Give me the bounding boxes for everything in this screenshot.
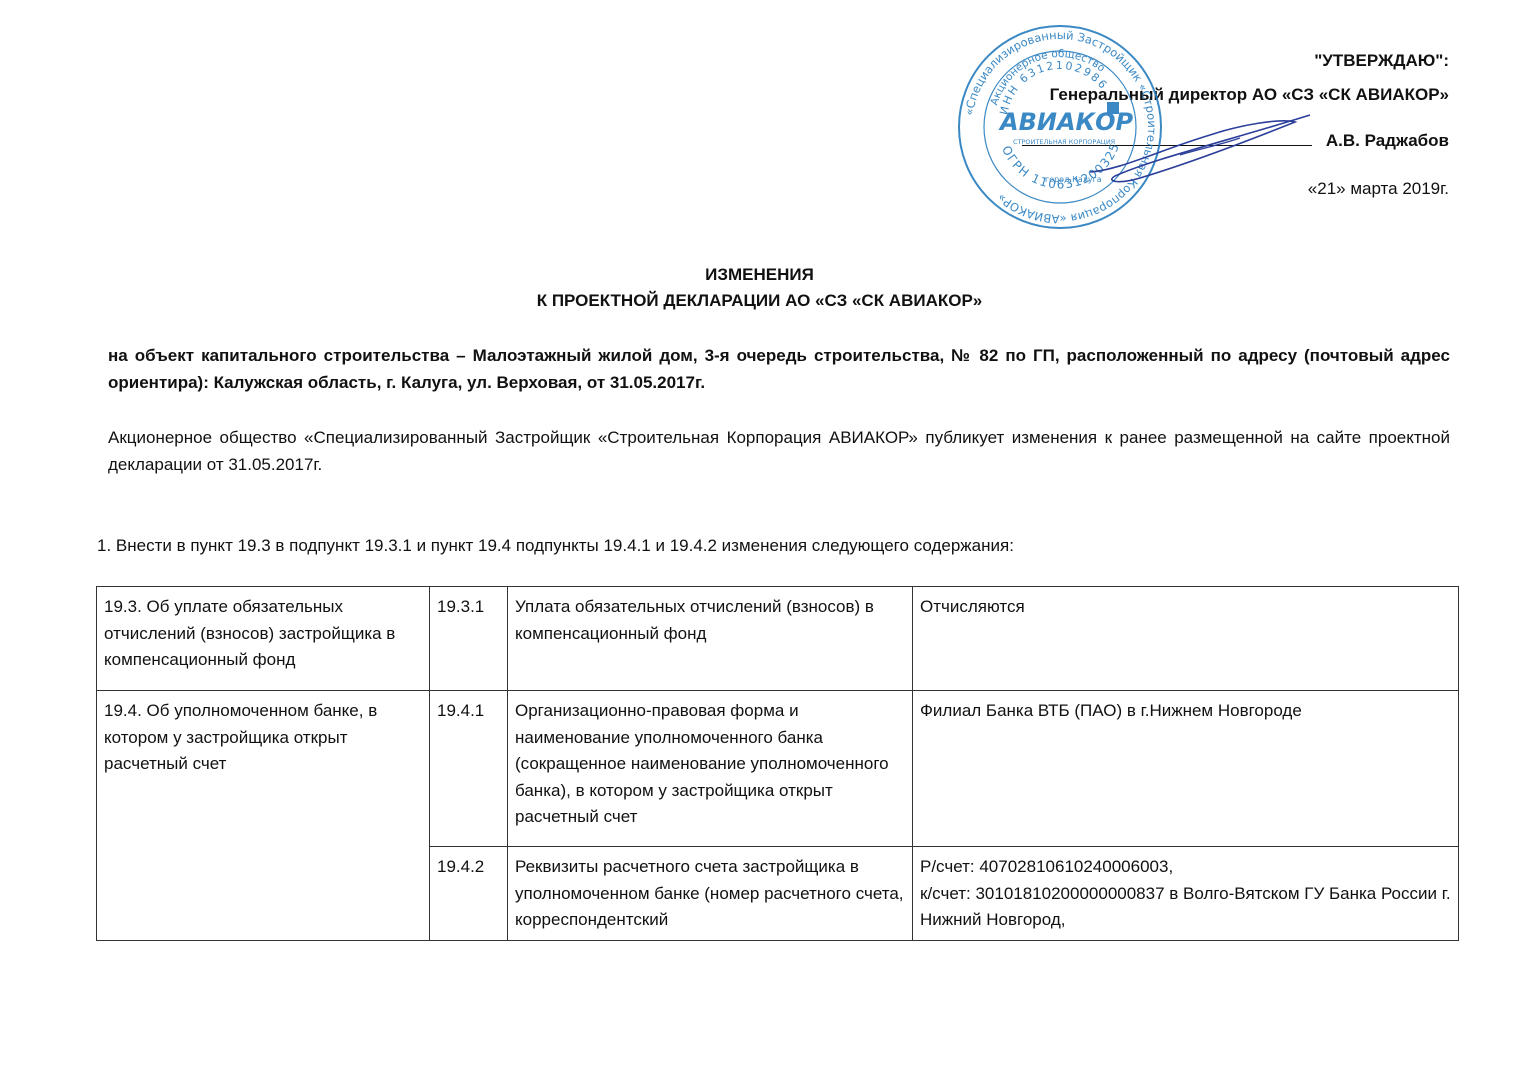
table-row: 19.3. Об уплате обязательных отчислений … xyxy=(97,587,1459,691)
table-row: 19.4. Об уполномоченном банке, в котором… xyxy=(97,691,1459,847)
approval-position: Генеральный директор АО «СЗ «СК АВИАКОР» xyxy=(1022,78,1449,112)
approval-heading: "УТВЕРЖДАЮ": xyxy=(1022,44,1449,78)
value-cell: Р/счет: 40702810610240006003, к/счет: 30… xyxy=(913,847,1459,941)
field-cell: Реквизиты расчетного счета застройщика в… xyxy=(508,847,913,941)
field-cell: Организационно-правовая форма и наименов… xyxy=(508,691,913,847)
document-title: ИЗМЕНЕНИЯ К ПРОЕКТНОЙ ДЕКЛАРАЦИИ АО «СЗ … xyxy=(0,262,1519,314)
correspondent-account: к/счет: 30101810200000000837 в Волго-Вят… xyxy=(920,881,1453,934)
title-line-1: ИЗМЕНЕНИЯ xyxy=(0,262,1519,288)
section-cell: 19.4. Об уполномоченном банке, в котором… xyxy=(97,691,430,941)
item-1-instruction: 1. Внести в пункт 19.3 в подпункт 19.3.1… xyxy=(97,536,1014,556)
field-cell: Уплата обязательных отчислений (взносов)… xyxy=(508,587,913,691)
title-line-2: К ПРОЕКТНОЙ ДЕКЛАРАЦИИ АО «СЗ «СК АВИАКО… xyxy=(0,288,1519,314)
signature-line xyxy=(1022,127,1312,146)
signature-row: А.В. Раджабов xyxy=(1022,124,1449,158)
approval-block: "УТВЕРЖДАЮ": Генеральный директор АО «СЗ… xyxy=(1022,44,1449,206)
approval-date: «21» марта 2019г. xyxy=(1022,172,1449,206)
section-cell: 19.3. Об уплате обязательных отчислений … xyxy=(97,587,430,691)
object-description: на объект капитального строительства – М… xyxy=(108,342,1450,396)
value-cell: Филиал Банка ВТБ (ПАО) в г.Нижнем Новгор… xyxy=(913,691,1459,847)
approval-signer: А.В. Раджабов xyxy=(1326,131,1449,150)
declaration-changes-table: 19.3. Об уплате обязательных отчислений … xyxy=(96,586,1459,941)
settlement-account: Р/счет: 40702810610240006003, xyxy=(920,854,1453,881)
code-cell: 19.4.2 xyxy=(430,847,508,941)
intro-paragraph: Акционерное общество «Специализированный… xyxy=(108,424,1450,478)
code-cell: 19.3.1 xyxy=(430,587,508,691)
code-cell: 19.4.1 xyxy=(430,691,508,847)
value-cell: Отчисляются xyxy=(913,587,1459,691)
